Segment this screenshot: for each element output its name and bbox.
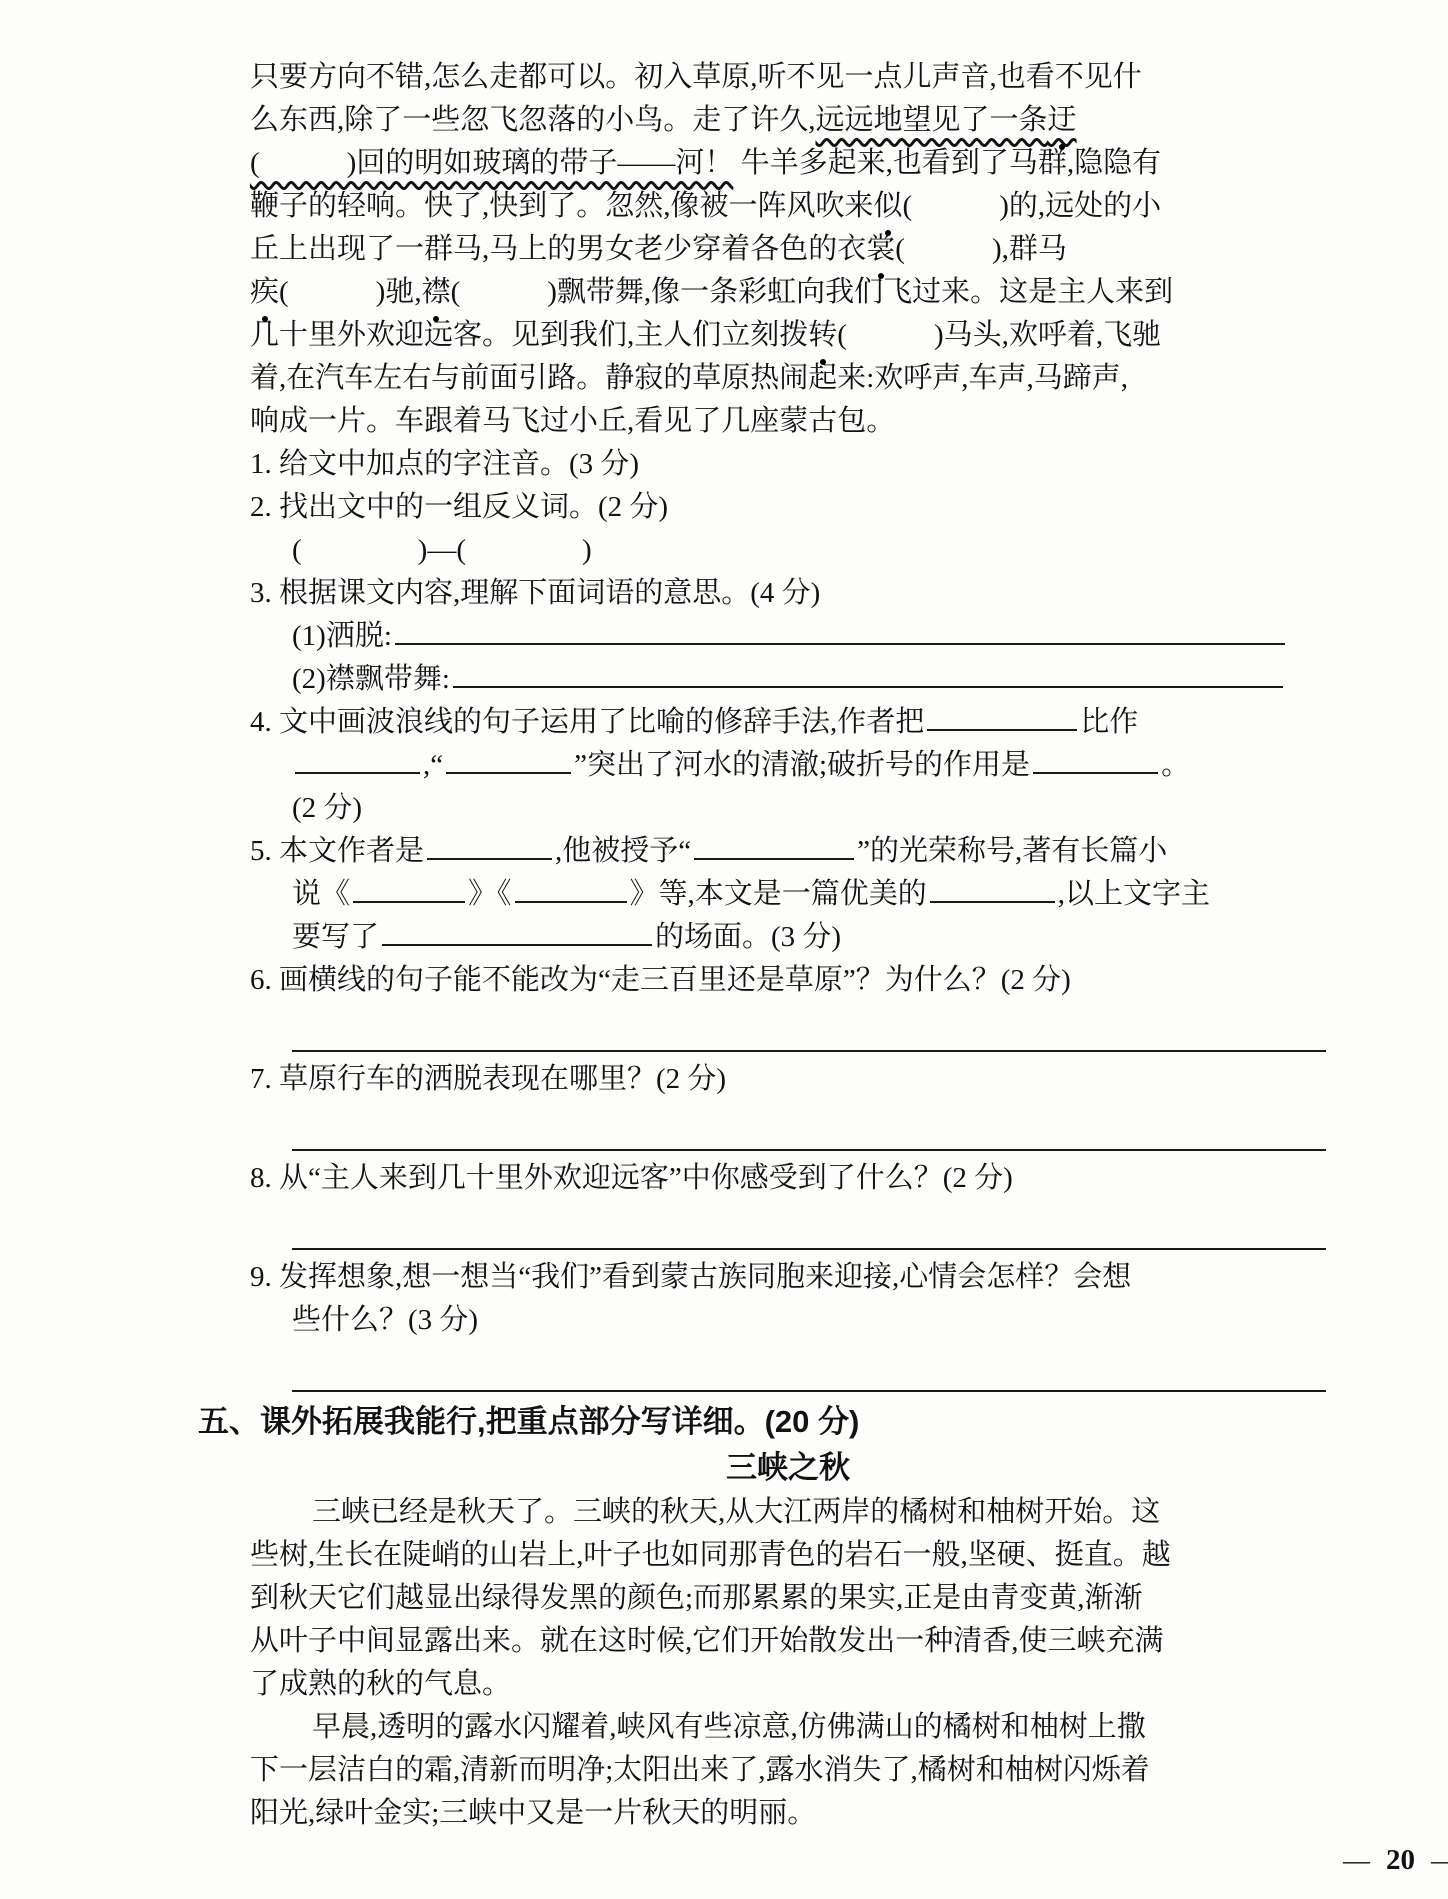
fill-in-blank: [930, 873, 1055, 903]
text-segment: 6. 画横线的句子能不能改为“走三百里还是草原”？为什么？(2 分): [250, 964, 1071, 996]
reading-line: 从叶子中间显露出来。就在这时候,它们开始散发出一种清香,使三峡充满: [250, 1620, 1326, 1663]
text-segment: (2)襟飘带舞:: [292, 663, 450, 695]
grassland-passage: 只要方向不错,怎么走都可以。初入草原,听不见一点儿声音,也看不见什么东西,除了一…: [250, 56, 1326, 443]
fill-in-blank: [446, 744, 571, 774]
passage-line: 疾( )驰,襟( )飘带舞,像一条彩虹向我们飞过来。这是主人来到: [250, 271, 1326, 314]
question-line: 要写了的场面。(3 分): [292, 916, 1326, 959]
text-segment: 说《: [292, 878, 350, 910]
text-segment: 1. 给文中加点的字注音。(3 分): [250, 448, 639, 480]
text-segment: 几十里外欢迎远客。见到我们,主人们立刻拨: [250, 319, 808, 351]
passage-line: ( )回的明如玻璃的带子——河！ 牛羊多起来,也看到了马群,隐隐有: [250, 142, 1326, 185]
question-8: 8. 从“主人来到几十里外欢迎远客”中你感受到了什么？(2 分): [250, 1157, 1326, 1250]
question-line: 2. 找出文中的一组反义词。(2 分): [250, 486, 1326, 529]
text-segment: 鞭子的轻响。快了,快到了。忽然,像被一阵风吹来: [250, 190, 874, 222]
text-segment: 丘上出现了一群马,马上的男女老少穿着各色的衣: [250, 233, 866, 265]
text-segment: 些树,生长在陡峭的山岩上,叶子也如同那青色的岩石一般,坚硬、挺直。越: [250, 1539, 1171, 1571]
fill-in-blank: [453, 658, 1283, 688]
fill-in-blank: [295, 744, 420, 774]
question-4: 4. 文中画波浪线的句子运用了比喻的修辞手法,作者把比作,“”突出了河水的清澈;…: [250, 701, 1326, 830]
question-line: 6. 画横线的句子能不能改为“走三百里还是草原”？为什么？(2 分): [250, 959, 1326, 1002]
text-segment: 了成熟的秋的气息。: [250, 1668, 511, 1700]
question-line: (2)襟飘带舞:: [292, 658, 1326, 701]
footer-right-dash: —: [1431, 1845, 1448, 1875]
passage-line: 着,在汽车左右与前面引路。静寂的草原热闹起来:欢呼声,车声,马蹄声,: [250, 357, 1326, 400]
passage-line: 只要方向不错,怎么走都可以。初入草原,听不见一点儿声音,也看不见什: [250, 56, 1326, 99]
text-segment: ,“: [423, 749, 443, 781]
text-segment: 3. 根据课文内容,理解下面词语的意思。(4 分): [250, 577, 820, 609]
question-1: 1. 给文中加点的字注音。(3 分): [250, 443, 1326, 486]
text-segment: 的场面。(3 分): [655, 921, 841, 953]
fill-in-blank: [927, 701, 1077, 731]
question-line: 5. 本文作者是,他被授予“”的光荣称号,著有长篇小: [250, 830, 1326, 873]
passage-line: 鞭子的轻响。快了,快到了。忽然,像被一阵风吹来似( )的,远处的小: [250, 185, 1326, 228]
text-segment: 些什么？(3 分): [292, 1304, 478, 1336]
fill-in-blank: [515, 873, 627, 903]
question-line: ( )—( ): [292, 529, 1326, 572]
text-segment: 2. 找出文中的一组反义词。(2 分): [250, 491, 668, 523]
text-segment: 比作: [1080, 706, 1138, 738]
wavy-underlined-text: 远远地望见了一条: [816, 104, 1048, 136]
passage-line: 丘上出现了一群马,马上的男女老少穿着各色的衣裳( ),群马: [250, 228, 1326, 271]
text-segment: ( )马头,欢呼着,飞驰: [837, 319, 1161, 351]
text-segment: 响成一片。车跟着马飞过小丘,看见了几座蒙古包。: [250, 405, 895, 437]
answer-blank-line: [292, 1050, 1326, 1052]
text-segment: ( ),群马: [895, 233, 1067, 265]
text-segment: 从叶子中间显露出来。就在这时候,它们开始散发出一种清香,使三峡充满: [250, 1625, 1164, 1657]
reading-line: 下一层洁白的霜,清新而明净;太阳出来了,露水消失了,橘树和柚树闪烁着: [250, 1749, 1326, 1792]
question-line: 7. 草原行车的洒脱表现在哪里？(2 分): [250, 1058, 1326, 1101]
text-segment: 7. 草原行车的洒脱表现在哪里？(2 分): [250, 1063, 726, 1095]
text-segment: 阳光,绿叶金实;三峡中又是一片秋天的明丽。: [250, 1797, 816, 1829]
question-7: 7. 草原行车的洒脱表现在哪里？(2 分): [250, 1058, 1326, 1151]
reading-line: 早晨,透明的露水闪耀着,峡风有些凉意,仿佛满山的橘树和柚树上撒: [250, 1706, 1326, 1749]
text-segment: 牛羊多起来,也看到了马群,隐隐有: [733, 147, 1161, 179]
answer-blank-line: [292, 1390, 1326, 1392]
question-5: 5. 本文作者是,他被授予“”的光荣称号,著有长篇小说《》《》等,本文是一篇优美…: [250, 830, 1326, 959]
dotted-char: 似: [874, 185, 903, 228]
section-five-heading: 五、课外拓展我能行,把重点部分写详细。(20 分): [198, 1398, 1326, 1445]
question-6: 6. 画横线的句子能不能改为“走三百里还是草原”？为什么？(2 分): [250, 959, 1326, 1052]
text-segment: ,他被授予“: [555, 835, 691, 867]
text-segment: ,以上文字主: [1058, 878, 1210, 910]
reading-line: 三峡已经是秋天了。三峡的秋天,从大江两岸的橘树和柚树开始。这: [250, 1491, 1326, 1534]
text-segment: ( )飘带舞,像一条彩虹向我们飞过来。这是主人来到: [451, 276, 1174, 308]
page-content: 只要方向不错,怎么走都可以。初入草原,听不见一点儿声音,也看不见什么东西,除了一…: [250, 56, 1326, 1835]
text-segment: 。: [1161, 749, 1190, 781]
dotted-char: 转: [808, 314, 837, 357]
text-segment: 到秋天它们越显出绿得发黑的颜色;而那累累的果实,正是由青变黄,渐渐: [250, 1582, 1143, 1614]
exam-page: 只要方向不错,怎么走都可以。初入草原,听不见一点儿声音,也看不见什么东西,除了一…: [0, 0, 1448, 1899]
sanxia-reading-passage: 三峡已经是秋天了。三峡的秋天,从大江两岸的橘树和柚树开始。这些树,生长在陡峭的山…: [250, 1491, 1326, 1835]
wavy-underlined-text: ( )回的明如玻璃的带子——河！: [250, 147, 733, 179]
fill-in-blank: [395, 615, 1285, 645]
fill-in-blank: [694, 830, 854, 860]
reading-line: 到秋天它们越显出绿得发黑的颜色;而那累累的果实,正是由青变黄,渐渐: [250, 1577, 1326, 1620]
text-segment: ( )—( ): [292, 534, 592, 566]
passage-line: 么东西,除了一些忽飞忽落的小鸟。走了许久,远远地望见了一条迂: [250, 99, 1326, 142]
question-9: 9. 发挥想象,想一想当“我们”看到蒙古族同胞来迎接,心情会怎样？会想些什么？(…: [250, 1256, 1326, 1392]
question-line: 8. 从“主人来到几十里外欢迎远客”中你感受到了什么？(2 分): [250, 1157, 1326, 1200]
passage-line: 响成一片。车跟着马飞过小丘,看见了几座蒙古包。: [250, 400, 1326, 443]
dotted-char: 裳: [866, 228, 895, 271]
fill-in-blank: [1033, 744, 1158, 774]
reading-line: 些树,生长在陡峭的山岩上,叶子也如同那青色的岩石一般,坚硬、挺直。越: [250, 1534, 1326, 1577]
text-segment: 》等,本文是一篇优美的: [630, 878, 927, 910]
dotted-char: 迂: [1048, 99, 1077, 142]
section-five: 五、课外拓展我能行,把重点部分写详细。(20 分) 三峡之秋 三峡已经是秋天了。…: [250, 1398, 1326, 1835]
text-segment: 下一层洁白的霜,清新而明净;太阳出来了,露水消失了,橘树和柚树闪烁着: [250, 1754, 1150, 1786]
reading-line: 阳光,绿叶金实;三峡中又是一片秋天的明丽。: [250, 1792, 1326, 1835]
text-segment: 4. 文中画波浪线的句子运用了比喻的修辞手法,作者把: [250, 706, 924, 738]
question-line: 些什么？(3 分): [292, 1299, 1326, 1342]
reading-line: 了成熟的秋的气息。: [250, 1663, 1326, 1706]
text-segment: 要写了: [292, 921, 379, 953]
passage-line: 几十里外欢迎远客。见到我们,主人们立刻拨转( )马头,欢呼着,飞驰: [250, 314, 1326, 357]
question-line: 4. 文中画波浪线的句子运用了比喻的修辞手法,作者把比作: [250, 701, 1326, 744]
answer-blank-line: [292, 1149, 1326, 1151]
page-number: 20: [1386, 1844, 1415, 1876]
answer-blank-line: [292, 1248, 1326, 1250]
question-line: (1)洒脱:: [292, 615, 1326, 658]
question-line: 3. 根据课文内容,理解下面词语的意思。(4 分): [250, 572, 1326, 615]
text-segment: ”突出了河水的清澈;破折号的作用是: [574, 749, 1030, 781]
question-line: 1. 给文中加点的字注音。(3 分): [250, 443, 1326, 486]
footer-left-dash: —: [1343, 1845, 1370, 1875]
dotted-char: 襟: [422, 271, 451, 314]
fill-in-blank: [382, 916, 652, 946]
text-segment: 9. 发挥想象,想一想当“我们”看到蒙古族同胞来迎接,心情会怎样？会想: [250, 1261, 1131, 1293]
text-segment: 5. 本文作者是: [250, 835, 424, 867]
question-line: 说《》《》等,本文是一篇优美的,以上文字主: [292, 873, 1326, 916]
fill-in-blank: [353, 873, 465, 903]
question-3: 3. 根据课文内容,理解下面词语的意思。(4 分)(1)洒脱:(2)襟飘带舞:: [250, 572, 1326, 701]
text-segment: ”的光荣称号,著有长篇小: [857, 835, 1167, 867]
text-segment: 只要方向不错,怎么走都可以。初入草原,听不见一点儿声音,也看不见什: [250, 61, 1142, 93]
dotted-char: 疾: [250, 271, 279, 314]
question-line: 9. 发挥想象,想一想当“我们”看到蒙古族同胞来迎接,心情会怎样？会想: [250, 1256, 1326, 1299]
questions-list: 1. 给文中加点的字注音。(3 分)2. 找出文中的一组反义词。(2 分)( )…: [250, 443, 1326, 1392]
text-segment: (1)洒脱:: [292, 620, 392, 652]
text-segment: 8. 从“主人来到几十里外欢迎远客”中你感受到了什么？(2 分): [250, 1162, 1013, 1194]
text-segment: ( )的,远处的小: [903, 190, 1162, 222]
fill-in-blank: [427, 830, 552, 860]
text-segment: 三峡已经是秋天了。三峡的秋天,从大江两岸的橘树和柚树开始。这: [312, 1496, 1160, 1528]
question-2: 2. 找出文中的一组反义词。(2 分)( )—( ): [250, 486, 1326, 572]
question-line: ,“”突出了河水的清澈;破折号的作用是。: [292, 744, 1326, 787]
reading-title: 三峡之秋: [250, 1445, 1326, 1491]
text-segment: 么东西,除了一些忽飞忽落的小鸟。走了许久,: [250, 104, 816, 136]
question-line: (2 分): [292, 787, 1326, 830]
page-number-footer: —20—: [1343, 1844, 1448, 1877]
text-segment: 》《: [468, 878, 512, 910]
text-segment: (2 分): [292, 792, 362, 824]
text-segment: 着,在汽车左右与前面引路。静寂的草原热闹起来:欢呼声,车声,马蹄声,: [250, 362, 1128, 394]
text-segment: 早晨,透明的露水闪耀着,峡风有些凉意,仿佛满山的橘树和柚树上撒: [312, 1711, 1146, 1743]
text-segment: ( )驰,: [279, 276, 422, 308]
